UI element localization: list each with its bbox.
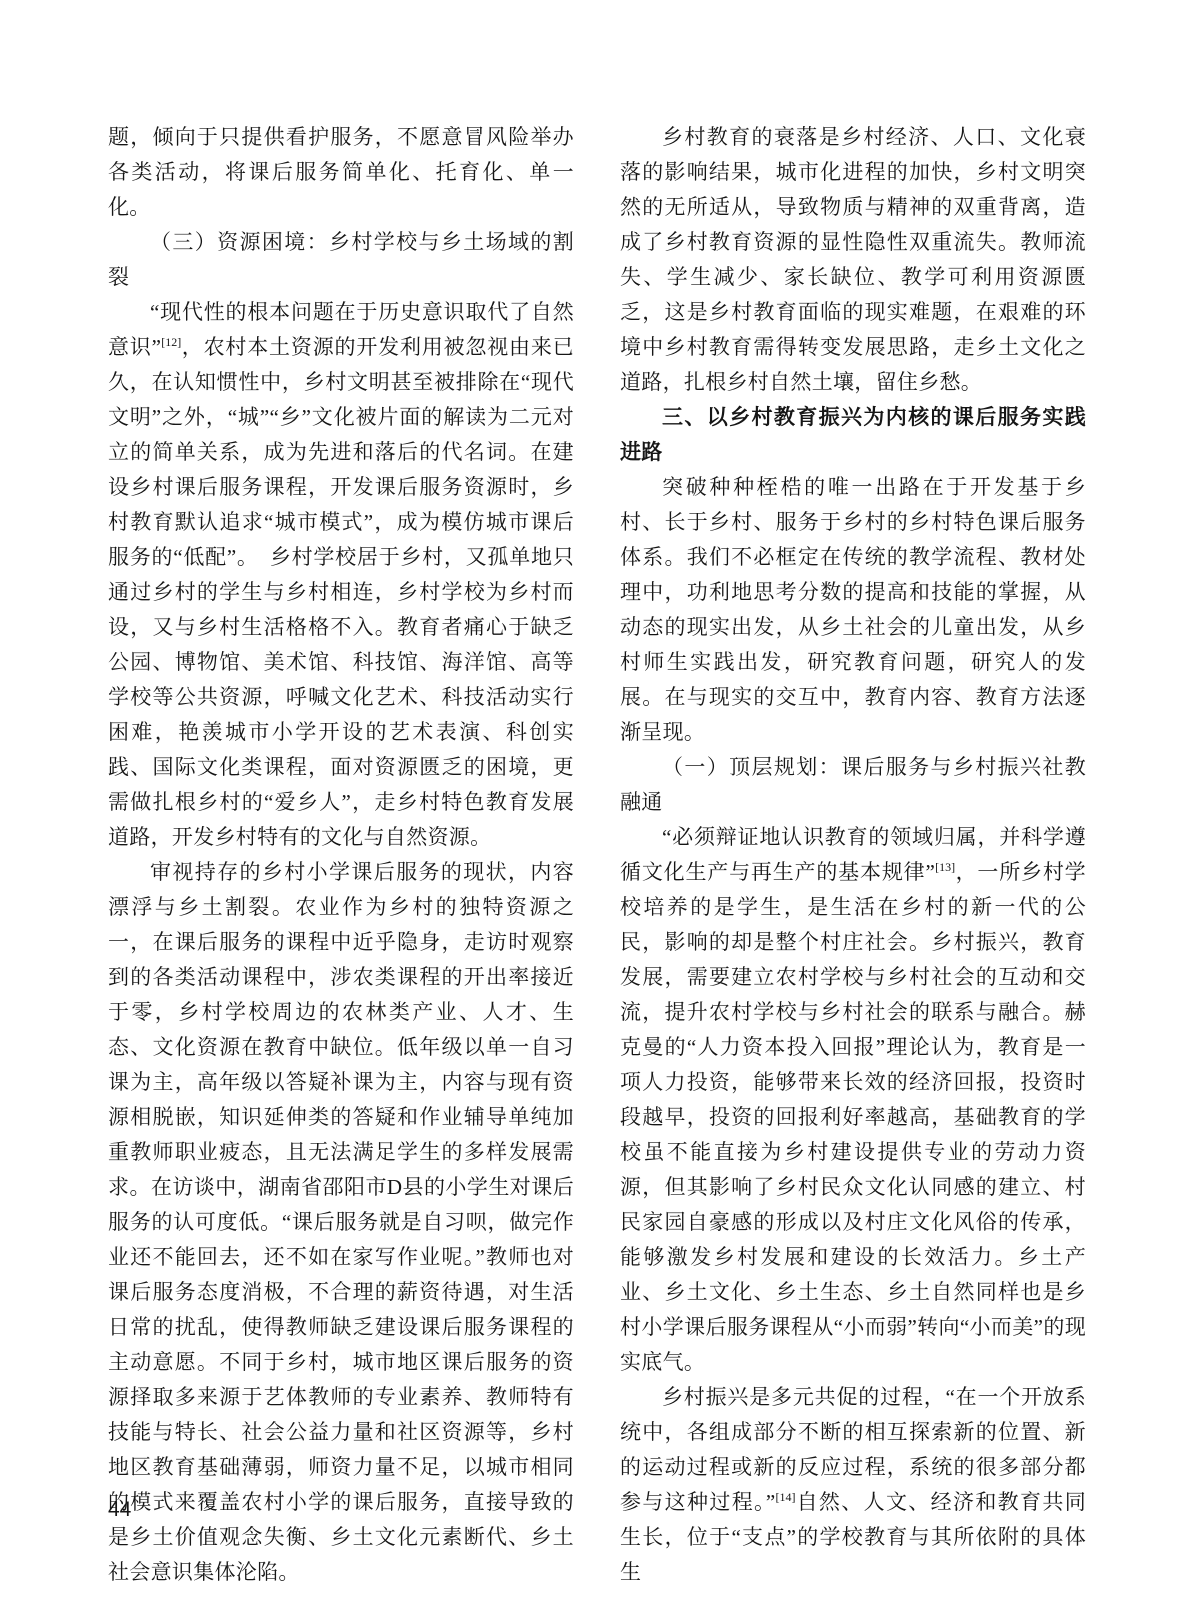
text-run: 审视持存的乡村小学课后服务的现状，内容漂浮与乡土割裂。农业作为乡村的独特资源之一… <box>108 860 574 1584</box>
two-column-text-area: 题，倾向于只提供看护服务，不愿意冒风险举办各类活动，将课后服务简单化、托育化、单… <box>108 120 1086 1590</box>
paragraph: “现代性的根本问题在于历史意识取代了自然意识”[12]，农村本土资源的开发利用被… <box>108 295 574 855</box>
left-column: 题，倾向于只提供看护服务，不愿意冒风险举办各类活动，将课后服务简单化、托育化、单… <box>108 120 574 1590</box>
paragraph: “必须辩证地认识教育的领域归属，并科学遵循文化生产与再生产的基本规律”[13]，… <box>620 820 1086 1380</box>
paragraph: 题，倾向于只提供看护服务，不愿意冒风险举办各类活动，将课后服务简单化、托育化、单… <box>108 120 574 225</box>
citation-superscript: [14] <box>776 1490 796 1504</box>
section-heading1: 三、以乡村教育振兴为内核的课后服务实践进路 <box>620 400 1086 470</box>
text-run: 题，倾向于只提供看护服务，不愿意冒风险举办各类活动，将课后服务简单化、托育化、单… <box>108 125 574 219</box>
text-run: 乡村教育的衰落是乡村经济、人口、文化衰落的影响结果，城市化进程的加快，乡村文明突… <box>620 125 1086 394</box>
text-run: ，农村本土资源的开发利用被忽视由来已久，在认知惯性中，乡村文明甚至被排除在“现代… <box>108 335 574 849</box>
page-number: 44 <box>108 1498 131 1522</box>
paragraph: 乡村振兴是多元共促的过程，“在一个开放系统中，各组成部分不断的相互探索新的位置、… <box>620 1380 1086 1590</box>
citation-superscript: [12] <box>161 335 181 349</box>
paragraph: 乡村教育的衰落是乡村经济、人口、文化衰落的影响结果，城市化进程的加快，乡村文明突… <box>620 120 1086 400</box>
paragraph: 突破种种桎梏的唯一出路在于开发基于乡村、长于乡村、服务于乡村的乡村特色课后服务体… <box>620 470 1086 750</box>
text-run: （一）顶层规划：课后服务与乡村振兴社教融通 <box>620 755 1086 814</box>
paragraph: 审视持存的乡村小学课后服务的现状，内容漂浮与乡土割裂。农业作为乡村的独特资源之一… <box>108 855 574 1590</box>
text-run: 突破种种桎梏的唯一出路在于开发基于乡村、长于乡村、服务于乡村的乡村特色课后服务体… <box>620 475 1086 744</box>
citation-superscript: [13] <box>935 860 955 874</box>
section-heading2: （一）顶层规划：课后服务与乡村振兴社教融通 <box>620 750 1086 820</box>
text-run: ，一所乡村学校培养的是学生，是生活在乡村的新一代的公民，影响的却是整个村庄社会。… <box>620 860 1086 1374</box>
right-column: 乡村教育的衰落是乡村经济、人口、文化衰落的影响结果，城市化进程的加快，乡村文明突… <box>620 120 1086 1590</box>
text-run: 三、以乡村教育振兴为内核的课后服务实践进路 <box>620 406 1086 464</box>
text-run: （三）资源困境：乡村学校与乡土场域的割裂 <box>108 230 574 289</box>
section-heading2: （三）资源困境：乡村学校与乡土场域的割裂 <box>108 225 574 295</box>
paper-page: 题，倾向于只提供看护服务，不愿意冒风险举办各类活动，将课后服务简单化、托育化、单… <box>0 0 1191 1616</box>
